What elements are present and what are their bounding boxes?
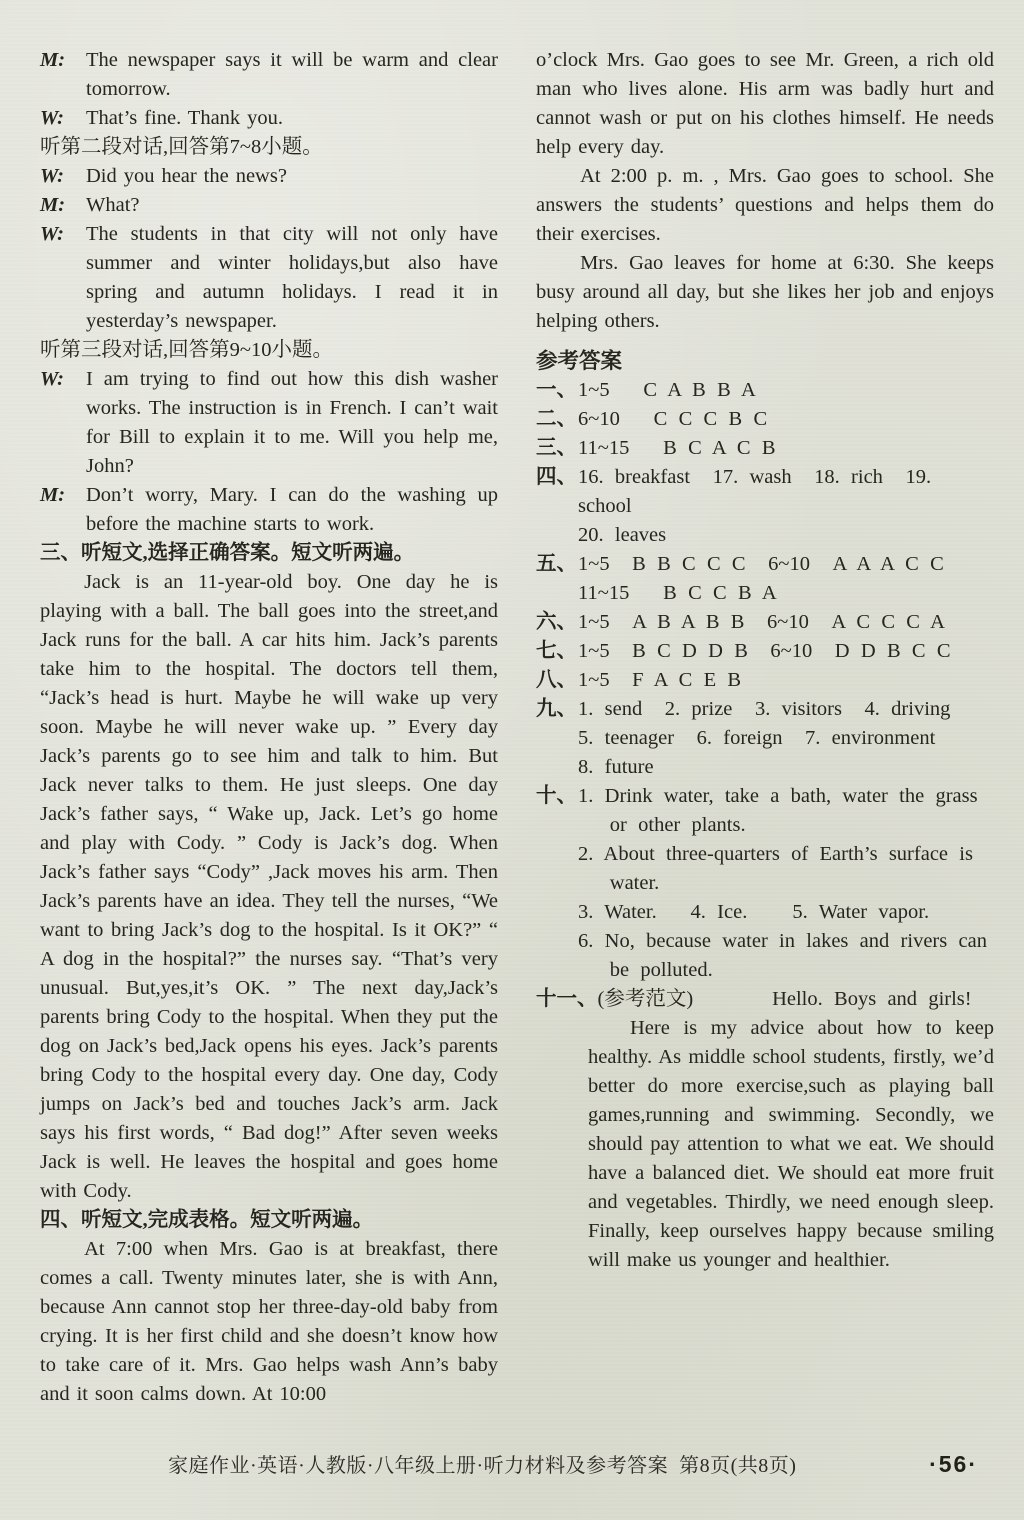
answer-content: 1~5 C A B B A — [578, 376, 994, 405]
answer-line: (参考范文) Hello. Boys and girls! — [598, 985, 995, 1014]
dialogue-text: The newspaper says it will be warm and c… — [86, 46, 498, 104]
answer-line: 5. teenager 6. foreign 7. environment — [578, 724, 994, 753]
model-essay: Here is my advice about how to keep heal… — [588, 1014, 994, 1275]
answer-line: 6. No, because water in lakes and rivers… — [578, 927, 994, 985]
answer-row: 十一、 (参考范文) Hello. Boys and girls! — [536, 985, 994, 1014]
passage-paragraph: Mrs. Gao leaves for home at 6:30. She ke… — [536, 249, 994, 336]
dialogue-text: Did you hear the news? — [86, 162, 498, 191]
answer-content: 11~15 B C A C B — [578, 434, 994, 463]
dialogue-line: W: The students in that city will not on… — [40, 220, 498, 336]
speaker-label: M: — [40, 191, 86, 220]
answer-label: 十一、 — [536, 985, 598, 1014]
left-column: M: The newspaper says it will be warm an… — [40, 46, 498, 1409]
answer-content: 16. breakfast 17. wash 18. rich 19. scho… — [578, 463, 994, 550]
answer-row: 四、 16. breakfast 17. wash 18. rich 19. s… — [536, 463, 994, 550]
answer-line: 1~5 C A B B A — [578, 376, 994, 405]
answer-label: 八、 — [536, 666, 578, 695]
answer-line: 8. future — [578, 753, 994, 782]
answer-row: 七、 1~5 B C D D B 6~10 D D B C C — [536, 637, 994, 666]
answer-row: 八、 1~5 F A C E B — [536, 666, 994, 695]
answers-title: 参考答案 — [536, 347, 994, 376]
answer-line: 1. send 2. prize 3. visitors 4. driving — [578, 695, 994, 724]
answer-row: 三、 11~15 B C A C B — [536, 434, 994, 463]
dialogue-line: W: I am trying to find out how this dish… — [40, 365, 498, 481]
answer-row: 一、 1~5 C A B B A — [536, 376, 994, 405]
answer-label: 十、 — [536, 782, 578, 985]
answer-line: 11~15 B C A C B — [578, 434, 994, 463]
page-footer: 家庭作业·英语·人教版·八年级上册·听力材料及参考答案 第8页(共8页) ·56… — [0, 1449, 1024, 1478]
answer-line: 1~5 A B A B B 6~10 A C C C A — [578, 608, 994, 637]
dialogue-text: The students in that city will not only … — [86, 220, 498, 336]
speaker-label: M: — [40, 46, 86, 104]
answer-content: 1~5 A B A B B 6~10 A C C C A — [578, 608, 994, 637]
answer-line: 11~15 B C C B A — [578, 579, 994, 608]
passage-paragraph: At 2:00 p. m. , Mrs. Gao goes to school.… — [536, 162, 994, 249]
listening-passage-jack: Jack is an 11-year-old boy. One day he i… — [40, 568, 498, 1206]
answer-content: 1~5 B C D D B 6~10 D D B C C — [578, 637, 994, 666]
section-header-four: 四、听短文,完成表格。短文听两遍。 — [40, 1206, 498, 1235]
section-header-three: 三、听短文,选择正确答案。短文听两遍。 — [40, 539, 498, 568]
answer-line: 1~5 B B C C C 6~10 A A A C C — [578, 550, 994, 579]
answer-row: 二、 6~10 C C C B C — [536, 405, 994, 434]
answer-row: 九、 1. send 2. prize 3. visitors 4. drivi… — [536, 695, 994, 782]
speaker-label: W: — [40, 365, 86, 481]
answer-content: (参考范文) Hello. Boys and girls! — [598, 985, 995, 1014]
answer-label: 一、 — [536, 376, 578, 405]
answer-line: 1~5 B C D D B 6~10 D D B C C — [578, 637, 994, 666]
answer-content: 1~5 F A C E B — [578, 666, 994, 695]
answer-label: 五、 — [536, 550, 578, 608]
listening-instruction: 听第二段对话,回答第7~8小题。 — [40, 133, 498, 162]
dialogue-line: M: What? — [40, 191, 498, 220]
answer-content: 1. send 2. prize 3. visitors 4. driving … — [578, 695, 994, 782]
answer-content: 1~5 B B C C C 6~10 A A A C C 11~15 B C C… — [578, 550, 994, 608]
answer-line: 1~5 F A C E B — [578, 666, 994, 695]
answer-content: 1. Drink water, take a bath, water the g… — [578, 782, 994, 985]
dialogue-line: M: The newspaper says it will be warm an… — [40, 46, 498, 104]
answer-line: 2. About three-quarters of Earth’s surfa… — [578, 840, 994, 898]
answer-line: 6~10 C C C B C — [578, 405, 994, 434]
dialogue-line: W: That’s fine. Thank you. — [40, 104, 498, 133]
answer-label: 二、 — [536, 405, 578, 434]
page-number: ·56· — [929, 1451, 978, 1478]
dialogue-line: M: Don’t worry, Mary. I can do the washi… — [40, 481, 498, 539]
answer-label: 七、 — [536, 637, 578, 666]
two-column-layout: M: The newspaper says it will be warm an… — [40, 46, 994, 1409]
dialogue-line: W: Did you hear the news? — [40, 162, 498, 191]
passage-continuation: o’clock Mrs. Gao goes to see Mr. Green, … — [536, 46, 994, 162]
answer-line: 16. breakfast 17. wash 18. rich 19. scho… — [578, 463, 994, 521]
answer-label: 四、 — [536, 463, 578, 550]
speaker-label: W: — [40, 162, 86, 191]
speaker-label: W: — [40, 220, 86, 336]
dialogue-text: That’s fine. Thank you. — [86, 104, 498, 133]
dialogue-text: I am trying to find out how this dish wa… — [86, 365, 498, 481]
speaker-label: W: — [40, 104, 86, 133]
answer-label: 六、 — [536, 608, 578, 637]
answer-label: 三、 — [536, 434, 578, 463]
dialogue-text: What? — [86, 191, 498, 220]
answer-row: 六、 1~5 A B A B B 6~10 A C C C A — [536, 608, 994, 637]
answer-line: 3. Water. 4. Ice. 5. Water vapor. — [578, 898, 994, 927]
scanned-answer-page: M: The newspaper says it will be warm an… — [0, 0, 1024, 1520]
footer-book-info: 家庭作业·英语·人教版·八年级上册·听力材料及参考答案 第8页(共8页) — [168, 1449, 796, 1478]
answer-content: 6~10 C C C B C — [578, 405, 994, 434]
listening-instruction: 听第三段对话,回答第9~10小题。 — [40, 336, 498, 365]
answer-row: 五、 1~5 B B C C C 6~10 A A A C C 11~15 B … — [536, 550, 994, 608]
answer-label: 九、 — [536, 695, 578, 782]
answer-line: 20. leaves — [578, 521, 994, 550]
speaker-label: M: — [40, 481, 86, 539]
listening-passage-gao: At 7:00 when Mrs. Gao is at breakfast, t… — [40, 1235, 498, 1409]
answer-line: 1. Drink water, take a bath, water the g… — [578, 782, 994, 840]
dialogue-text: Don’t worry, Mary. I can do the washing … — [86, 481, 498, 539]
right-column: o’clock Mrs. Gao goes to see Mr. Green, … — [536, 46, 994, 1409]
answer-row: 十、 1. Drink water, take a bath, water th… — [536, 782, 994, 985]
